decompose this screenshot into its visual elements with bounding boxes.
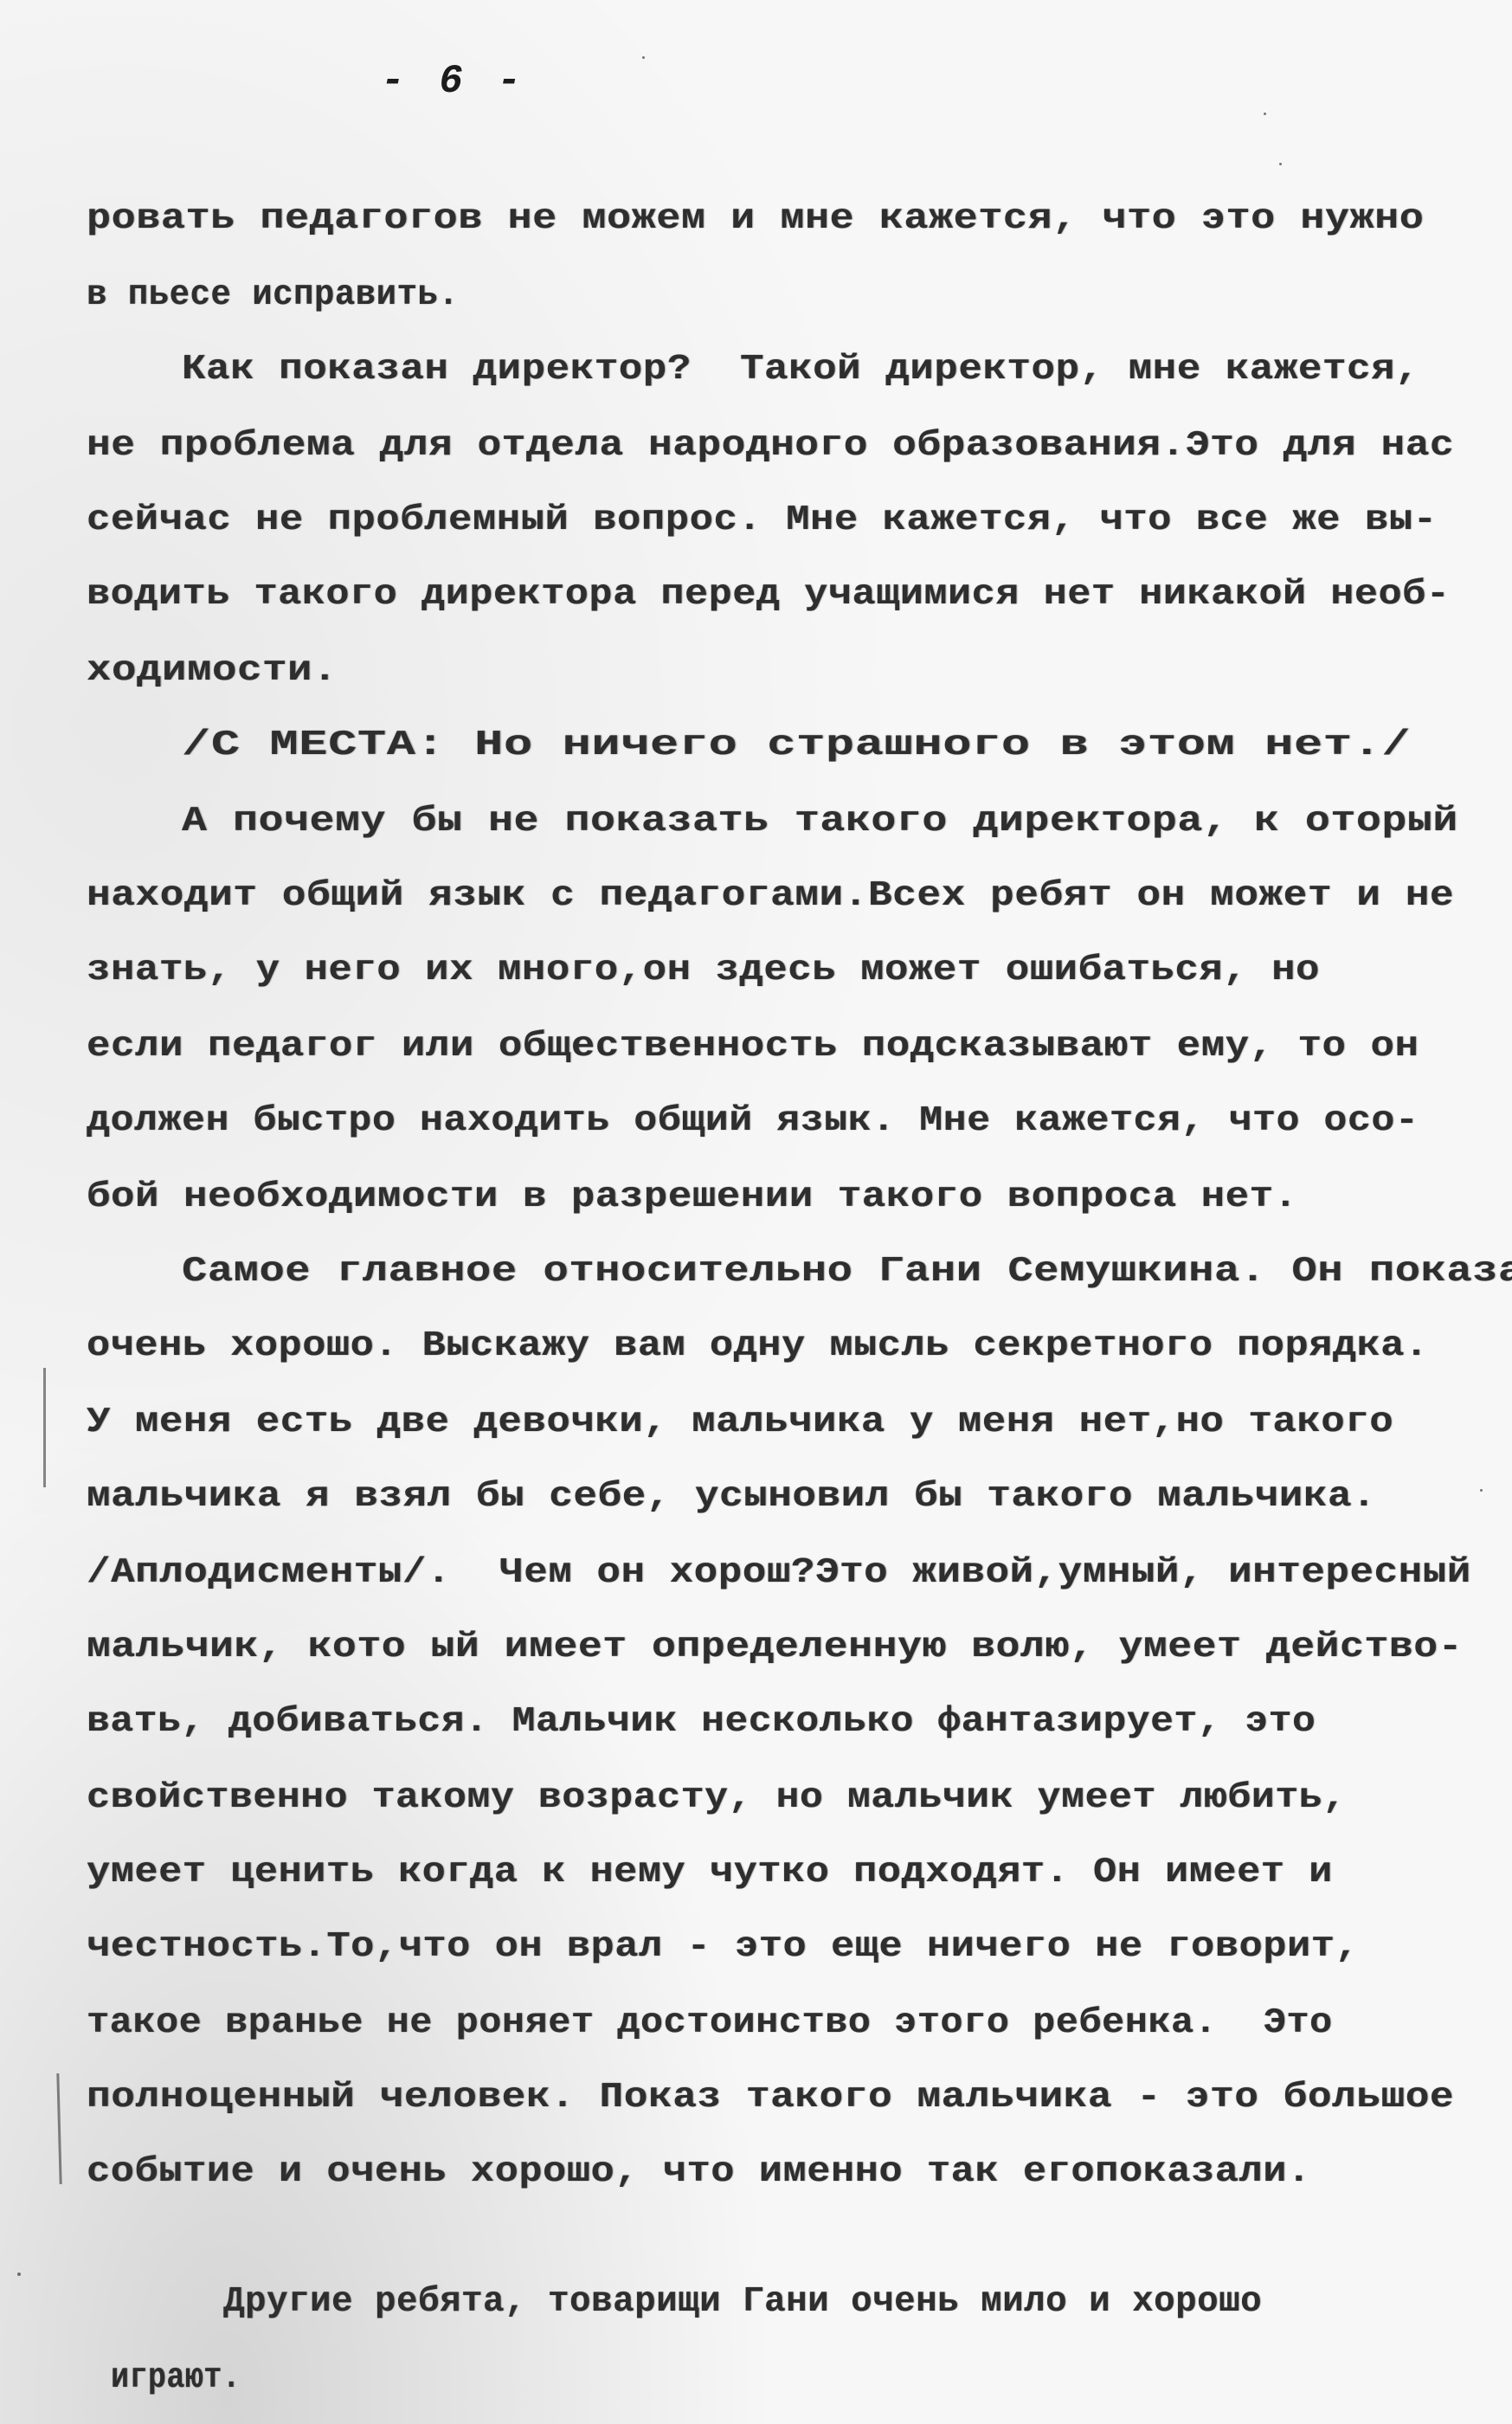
text-line: умеет ценить когда к нему чутко подходят… [87,1853,1333,1892]
scanned-document-page: - 6 - ровать педагогов не можем и мне ка… [0,0,1512,2424]
text-line: такое вранье не роняет достоинство этого… [87,2003,1333,2043]
text-line: мальчик, кото ый имеет определенную волю… [87,1628,1463,1667]
text-line: событие и очень хорошо, что именно так е… [87,2152,1311,2192]
text-line: вать, добиваться. Мальчик несколько фант… [87,1702,1316,1742]
text-line: не проблема для отдела народного образов… [87,426,1454,466]
text-line: Самое главное относительно Гани Семушкин… [182,1252,1512,1292]
text-line: /Аплодисменты/. Чем он хорош?Это живой,у… [87,1553,1471,1593]
text-line: если педагог или общественность подсказы… [87,1027,1419,1067]
margin-pencil-mark [43,1368,46,1487]
speaker-remark: /С МЕСТА: Но ничего страшного в этом нет… [182,725,1411,765]
text-line: играют. [111,2358,241,2398]
text-line: Как показан директор? Такой директор, мн… [182,350,1419,390]
text-line: находит общий язык с педагогами.Всех реб… [87,876,1454,916]
text-line: полноценный человек. Показ такого мальчи… [87,2078,1454,2118]
scan-speck [1480,1489,1483,1492]
text-line: сейчас не проблемный вопрос. Мне кажется… [87,500,1437,540]
text-line: знать, у него их много,он здесь может ош… [87,951,1320,990]
text-line: У меня есть две девочки, мальчика у меня… [87,1402,1393,1442]
scan-speck [642,56,645,59]
margin-pencil-mark [56,2073,61,2184]
text-line: водить такого директора перед учащимися … [87,575,1450,615]
text-line: ровать педагогов не можем и мне кажется,… [87,199,1424,239]
text-line: мальчика я взял бы себе, усыновил бы так… [87,1477,1376,1517]
scan-speck [1264,113,1266,115]
scan-speck [17,2272,21,2276]
text-line: ходимости. [87,651,338,691]
text-line: Другие ребята, товарищи Гани очень мило … [223,2282,1262,2322]
text-line: очень хорошо. Выскажу вам одну мысль сек… [87,1326,1429,1366]
text-line: свойственно такому возрасту, но мальчик … [87,1778,1347,1818]
text-line: должен быстро находить общий язык. Мне к… [87,1101,1419,1141]
text-line: бой необходимости в разрешении такого во… [87,1177,1298,1217]
text-line: честность.То,что он врал - это еще ничег… [87,1927,1359,1967]
scan-speck [1279,163,1282,165]
page-number: - 6 - [381,59,526,104]
text-line: в пьесе исправить. [87,275,459,315]
text-line: А почему бы не показать такого директора… [182,802,1458,841]
